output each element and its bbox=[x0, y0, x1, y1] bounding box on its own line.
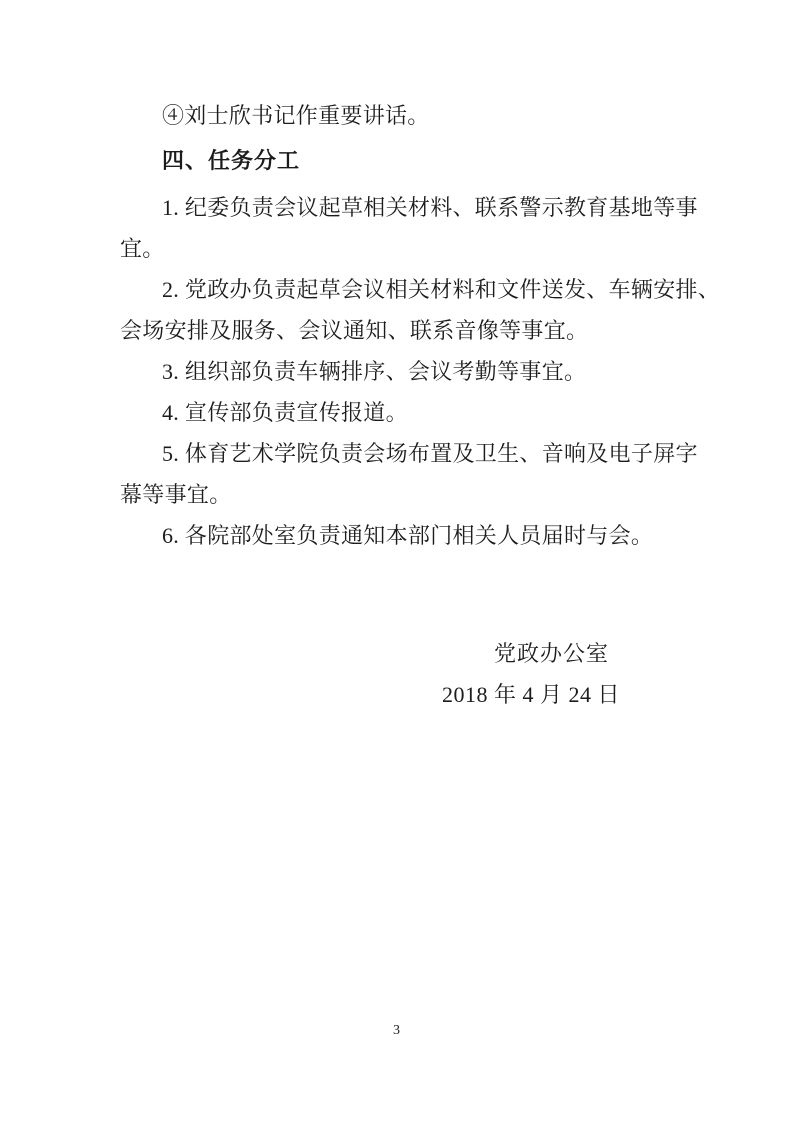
task-item-1-line-2: 宜。 bbox=[120, 228, 686, 269]
task-item-5-line-2: 幕等事宜。 bbox=[120, 474, 686, 515]
document-body: ④刘士欣书记作重要讲话。 四、任务分工 1. 纪委负责会议起草相关材料、联系警示… bbox=[120, 95, 686, 715]
heading-section4-task-division: 四、任务分工 bbox=[120, 140, 686, 181]
signature-office: 党政办公室 bbox=[120, 633, 686, 674]
task-item-3: 3. 组织部负责车辆排序、会议考勤等事宜。 bbox=[120, 351, 686, 392]
signature-date: 2018 年 4 月 24 日 bbox=[120, 674, 686, 715]
page-number: 3 bbox=[0, 1022, 793, 1040]
signature-block: 党政办公室 2018 年 4 月 24 日 bbox=[120, 633, 686, 715]
paragraph-speech-item4: ④刘士欣书记作重要讲话。 bbox=[120, 95, 686, 136]
task-item-5-line-1: 5. 体育艺术学院负责会场布置及卫生、音响及电子屏字 bbox=[120, 433, 686, 474]
task-item-2-line-2: 会场安排及服务、会议通知、联系音像等事宜。 bbox=[120, 310, 686, 351]
task-item-2-line-1: 2. 党政办负责起草会议相关材料和文件送发、车辆安排、 bbox=[120, 269, 686, 310]
document-page: ④刘士欣书记作重要讲话。 四、任务分工 1. 纪委负责会议起草相关材料、联系警示… bbox=[0, 0, 793, 1122]
task-item-6: 6. 各院部处室负责通知本部门相关人员届时与会。 bbox=[120, 515, 686, 556]
task-item-4: 4. 宣传部负责宣传报道。 bbox=[120, 392, 686, 433]
task-item-1-line-1: 1. 纪委负责会议起草相关材料、联系警示教育基地等事 bbox=[120, 187, 686, 228]
